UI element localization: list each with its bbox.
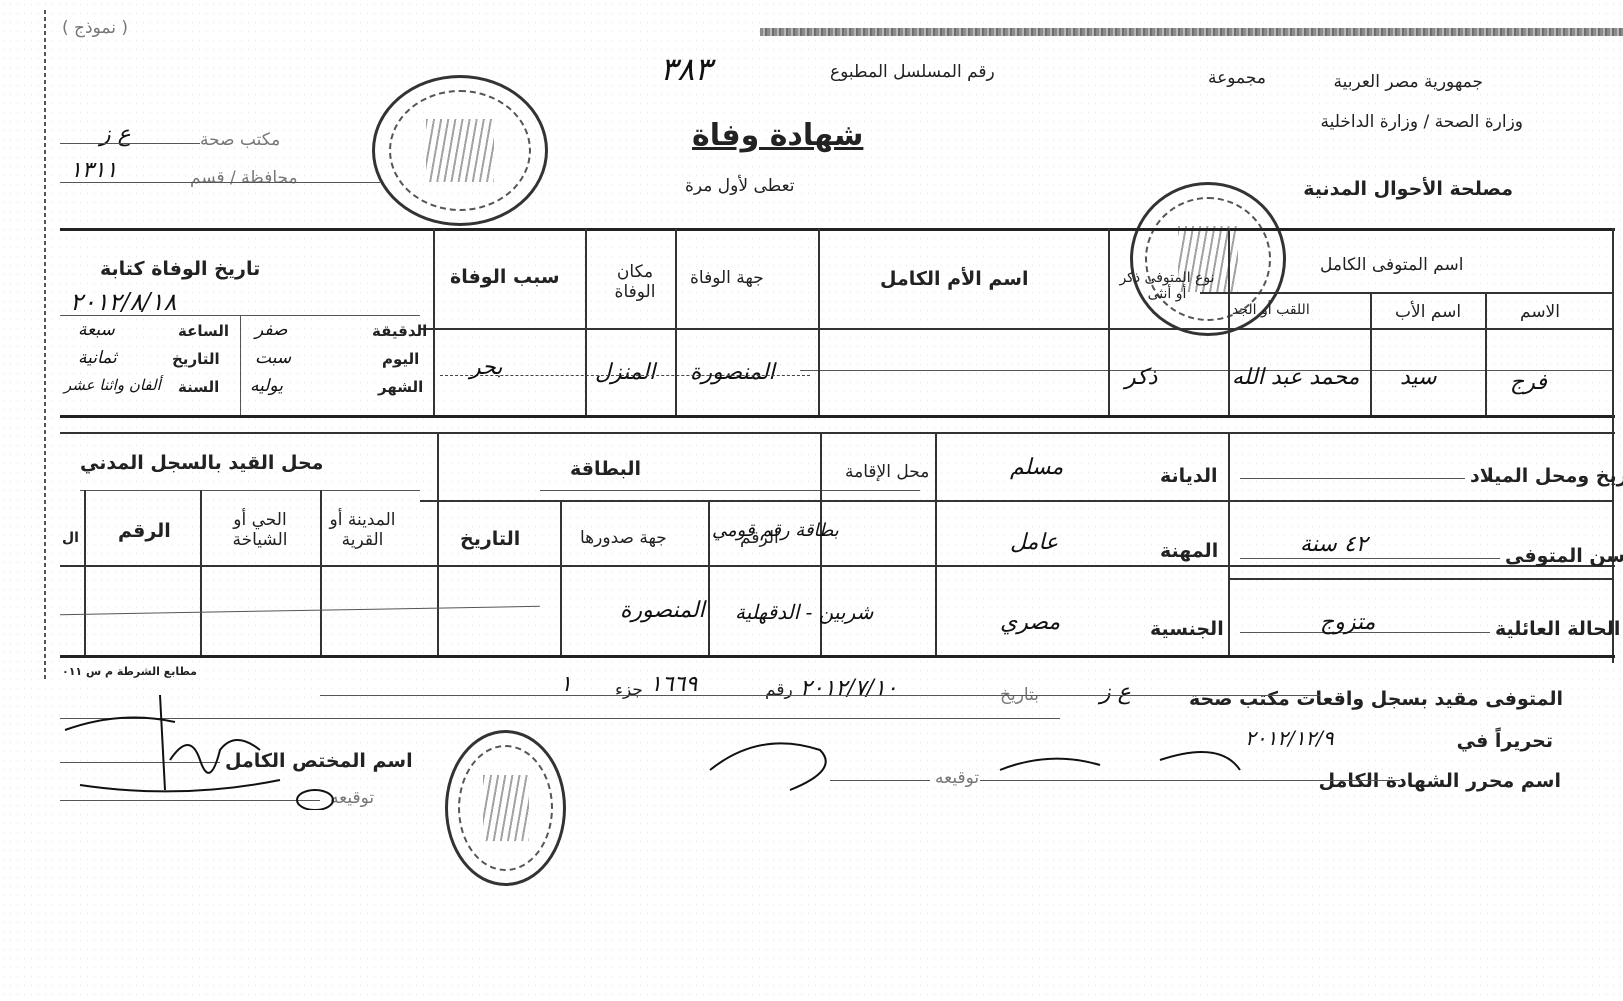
col-death-place-label: جهة الوفاة [690, 268, 764, 288]
minute-label: الدقيقة [372, 322, 427, 340]
col-cause-label: سبب الوفاة [450, 266, 560, 288]
civil-extra-label: ال [62, 530, 79, 546]
serial-label: رقم المسلسل المطبوع [830, 62, 995, 82]
ministries-line: وزارة الصحة / وزارة الداخلية [1320, 112, 1523, 132]
hour-label: الساعة [178, 322, 229, 340]
col-father-label: اسم الأب [1395, 302, 1461, 322]
deceased-gender: ذكر [1125, 365, 1157, 390]
col-death-location-label: مكان الوفاة [600, 262, 670, 302]
writer-name-label: اسم محرر الشهادة الكامل [1319, 770, 1561, 792]
country-line: جمهورية مصر العربية [1333, 72, 1483, 92]
civil-registry-header: محل القيد بالسجل المدني [80, 452, 323, 474]
col-gender-label: نوع المتوفى ذكر أو أنثى [1112, 270, 1222, 302]
id-card-header: البطاقة [570, 458, 641, 480]
official-stamp-bottom [445, 730, 566, 886]
deceased-father-name: سيد [1400, 365, 1437, 390]
col-mother-label: اسم الأم الكامل [880, 268, 1028, 290]
marital-status-value: متزوج [1320, 610, 1375, 635]
deceased-surname: محمد عبد الله [1232, 365, 1359, 390]
scan-edge-bar [760, 28, 1623, 36]
residence-label: محل الإقامة [845, 462, 929, 482]
issued-label: تحريراً في [1457, 730, 1553, 752]
governorate-value: ١٣١١ [70, 158, 117, 183]
group-label: مجموعة [1208, 68, 1266, 88]
registered-date-value: ٢٠١٢/٧/١٠ [800, 676, 898, 701]
serial-number: ٣٨٣ [660, 50, 712, 88]
registered-office: ع ز [1100, 680, 1131, 705]
id-number-value: بطاقة رقم قومي [712, 520, 839, 541]
day-label: اليوم [382, 350, 419, 368]
col-death-date-label: تاريخ الوفاة كتابة [100, 258, 260, 280]
official-signature-scribble [60, 690, 360, 810]
form-label: ( نموذج ) [62, 18, 128, 38]
id-date-label: التاريخ [460, 528, 520, 550]
month-value: يوليه [250, 376, 283, 396]
official-stamp-top-left [372, 75, 548, 226]
authority-name: مصلحة الأحوال المدنية [1303, 178, 1513, 200]
writer-signature-scribble [700, 730, 1260, 810]
office-label: مكتب صحة [200, 130, 280, 150]
scan-left-edge [44, 10, 46, 680]
year-value: ألفان واثنا عشر [64, 376, 161, 394]
civil-city-label: المدينة أو القرية [325, 510, 400, 550]
profession-value: عامل [1010, 530, 1058, 555]
date-label: التاريخ [172, 350, 220, 368]
nationality-value: مصري [1000, 610, 1060, 635]
registered-label: المتوفى مقيد بسجل واقعات مكتب صحة [1189, 688, 1563, 710]
residence-value: شربين - الدقهلية [735, 600, 873, 624]
month-label: الشهر [378, 378, 423, 396]
part-value: ١ [560, 672, 572, 697]
deceased-full-name-header: اسم المتوفى الكامل [1320, 255, 1463, 275]
hour-value: سبعة [78, 320, 115, 340]
birth-label: تاريخ ومحل الميلاد [1470, 465, 1623, 487]
civil-number-label: الرقم [118, 520, 171, 542]
document-subtitle: تعطى لأول مرة [685, 176, 795, 196]
religion-value: مسلم [1010, 455, 1063, 480]
death-place: المنصورة [690, 360, 775, 385]
age-value: ٤٢ سنة [1300, 532, 1368, 557]
age-label: سن المتوفى [1505, 545, 1623, 567]
printer-note: مطابع الشرطة م س ٠١١ [62, 665, 197, 678]
nationality-label: الجنسية [1150, 618, 1224, 640]
date-value: ثمانية [78, 348, 117, 368]
col-surname-label: اللقب أو الجد [1232, 302, 1310, 318]
document-title: شهادة وفاة [692, 118, 863, 153]
id-issuer-label: جهة صدورها [580, 528, 667, 548]
day-value: سبت [255, 348, 291, 368]
profession-label: المهنة [1160, 540, 1218, 562]
death-cause: بحر [470, 355, 502, 380]
death-date-numeric: ٢٠١٢/٨/١٨ [70, 288, 176, 316]
part-label: جزء [615, 680, 643, 700]
marital-status-label: الحالة العائلية [1495, 618, 1620, 640]
deceased-first-name: فرج [1510, 370, 1547, 395]
year-label: السنة [178, 378, 219, 396]
registered-no-value: ١٦٦٩ [650, 672, 697, 697]
id-issuer-value: المنصورة [620, 598, 705, 623]
religion-label: الديانة [1160, 465, 1218, 487]
death-location: المنزل [595, 360, 655, 385]
civil-district-label: الحي أو الشياخة [215, 510, 305, 550]
col-name-label: الاسم [1520, 302, 1560, 322]
registered-no-label: رقم [765, 680, 793, 700]
governorate-label: محافظة / قسم [190, 168, 298, 188]
minute-value: صفر [255, 320, 287, 340]
